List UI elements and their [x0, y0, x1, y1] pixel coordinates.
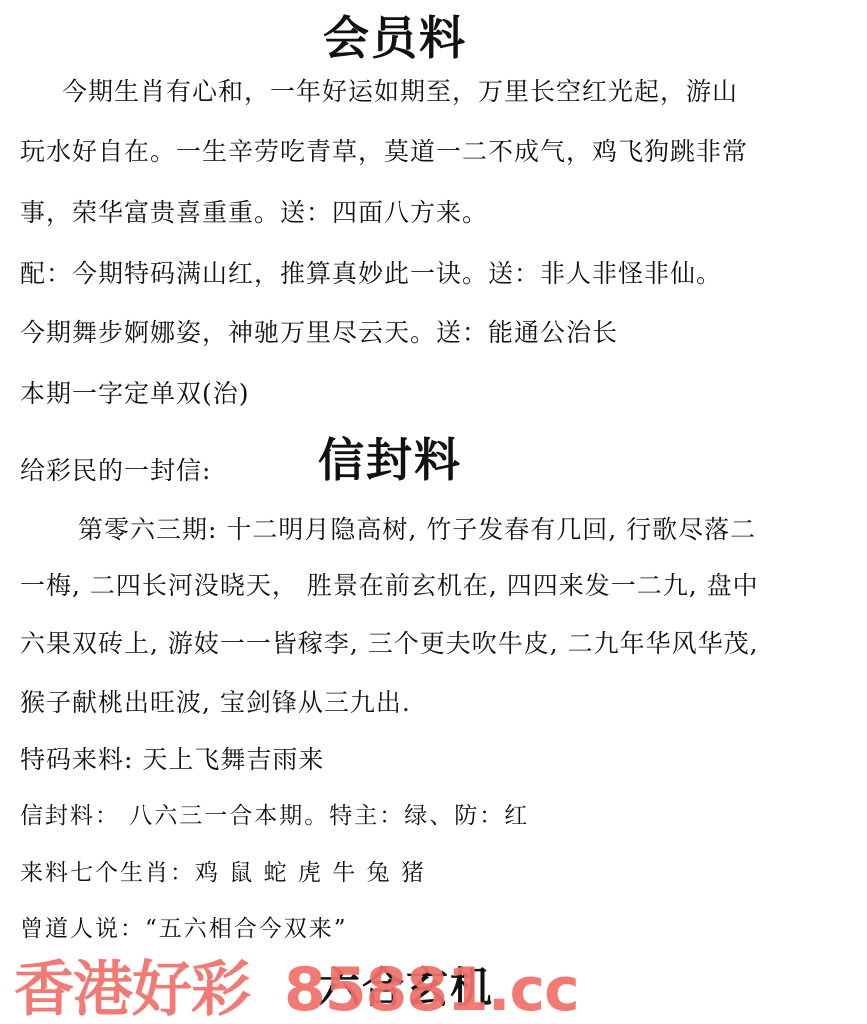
watermark: 香港好彩85881.cc: [14, 942, 579, 1024]
pei-line: 配：今期特码满山红，推算真妙此一诀。送：非人非怪非仙。: [20, 254, 722, 290]
envelope-paragraph-line-1: 第零六三期: 十二明月隐高树, 竹子发春有几回, 行歌尽落二: [78, 510, 756, 546]
dance-line: 今期舞步婀娜姿，神驰万里尽云天。送：能通公治长: [20, 313, 618, 349]
letter-label: 给彩民的一封信:: [20, 451, 211, 487]
special-code-line: 特码来料: 天上飞舞吉雨来: [20, 740, 324, 776]
zeng-daoren-line: 曾道人说：“五六相合今双来”: [20, 910, 348, 943]
envelope-paragraph-line-3: 六果双砖上, 游妓一一皆稼李, 三个更夫吹牛皮, 二九年华风华茂,: [20, 624, 759, 660]
member-paragraph-line-3: 事，荣华富贵喜重重。送：四面八方来。: [20, 193, 488, 229]
envelope-paragraph-line-4: 猴子献桃出旺波, 宝剑锋从三九出.: [20, 683, 411, 719]
zodiac-line: 来料七个生肖：鸡 鼠 蛇 虎 牛 兔 猪: [20, 854, 426, 887]
envelope-code-line: 信封料： 八六三一合本期。特主：绿、防：红: [20, 797, 529, 830]
single-double-line: 本期一字定单双(治): [20, 374, 250, 410]
section-title-envelope: 信封料: [318, 424, 462, 490]
member-paragraph-line-2: 玩水好自在。一生辛劳吃青草，莫道一二不成气，鸡飞狗跳非常: [20, 132, 748, 168]
watermark-domain: 85881.cc: [284, 955, 579, 1024]
watermark-brand: 香港好彩: [14, 955, 250, 1024]
envelope-paragraph-line-2: 一梅, 二四长河没晓天， 胜景在前玄机在, 四四来发一二九, 盘中: [20, 566, 759, 602]
member-paragraph-line-1: 今期生肖有心和，一年好运如期至，万里长空红光起，游山: [62, 72, 738, 108]
section-title-member: 会员料: [323, 2, 467, 68]
